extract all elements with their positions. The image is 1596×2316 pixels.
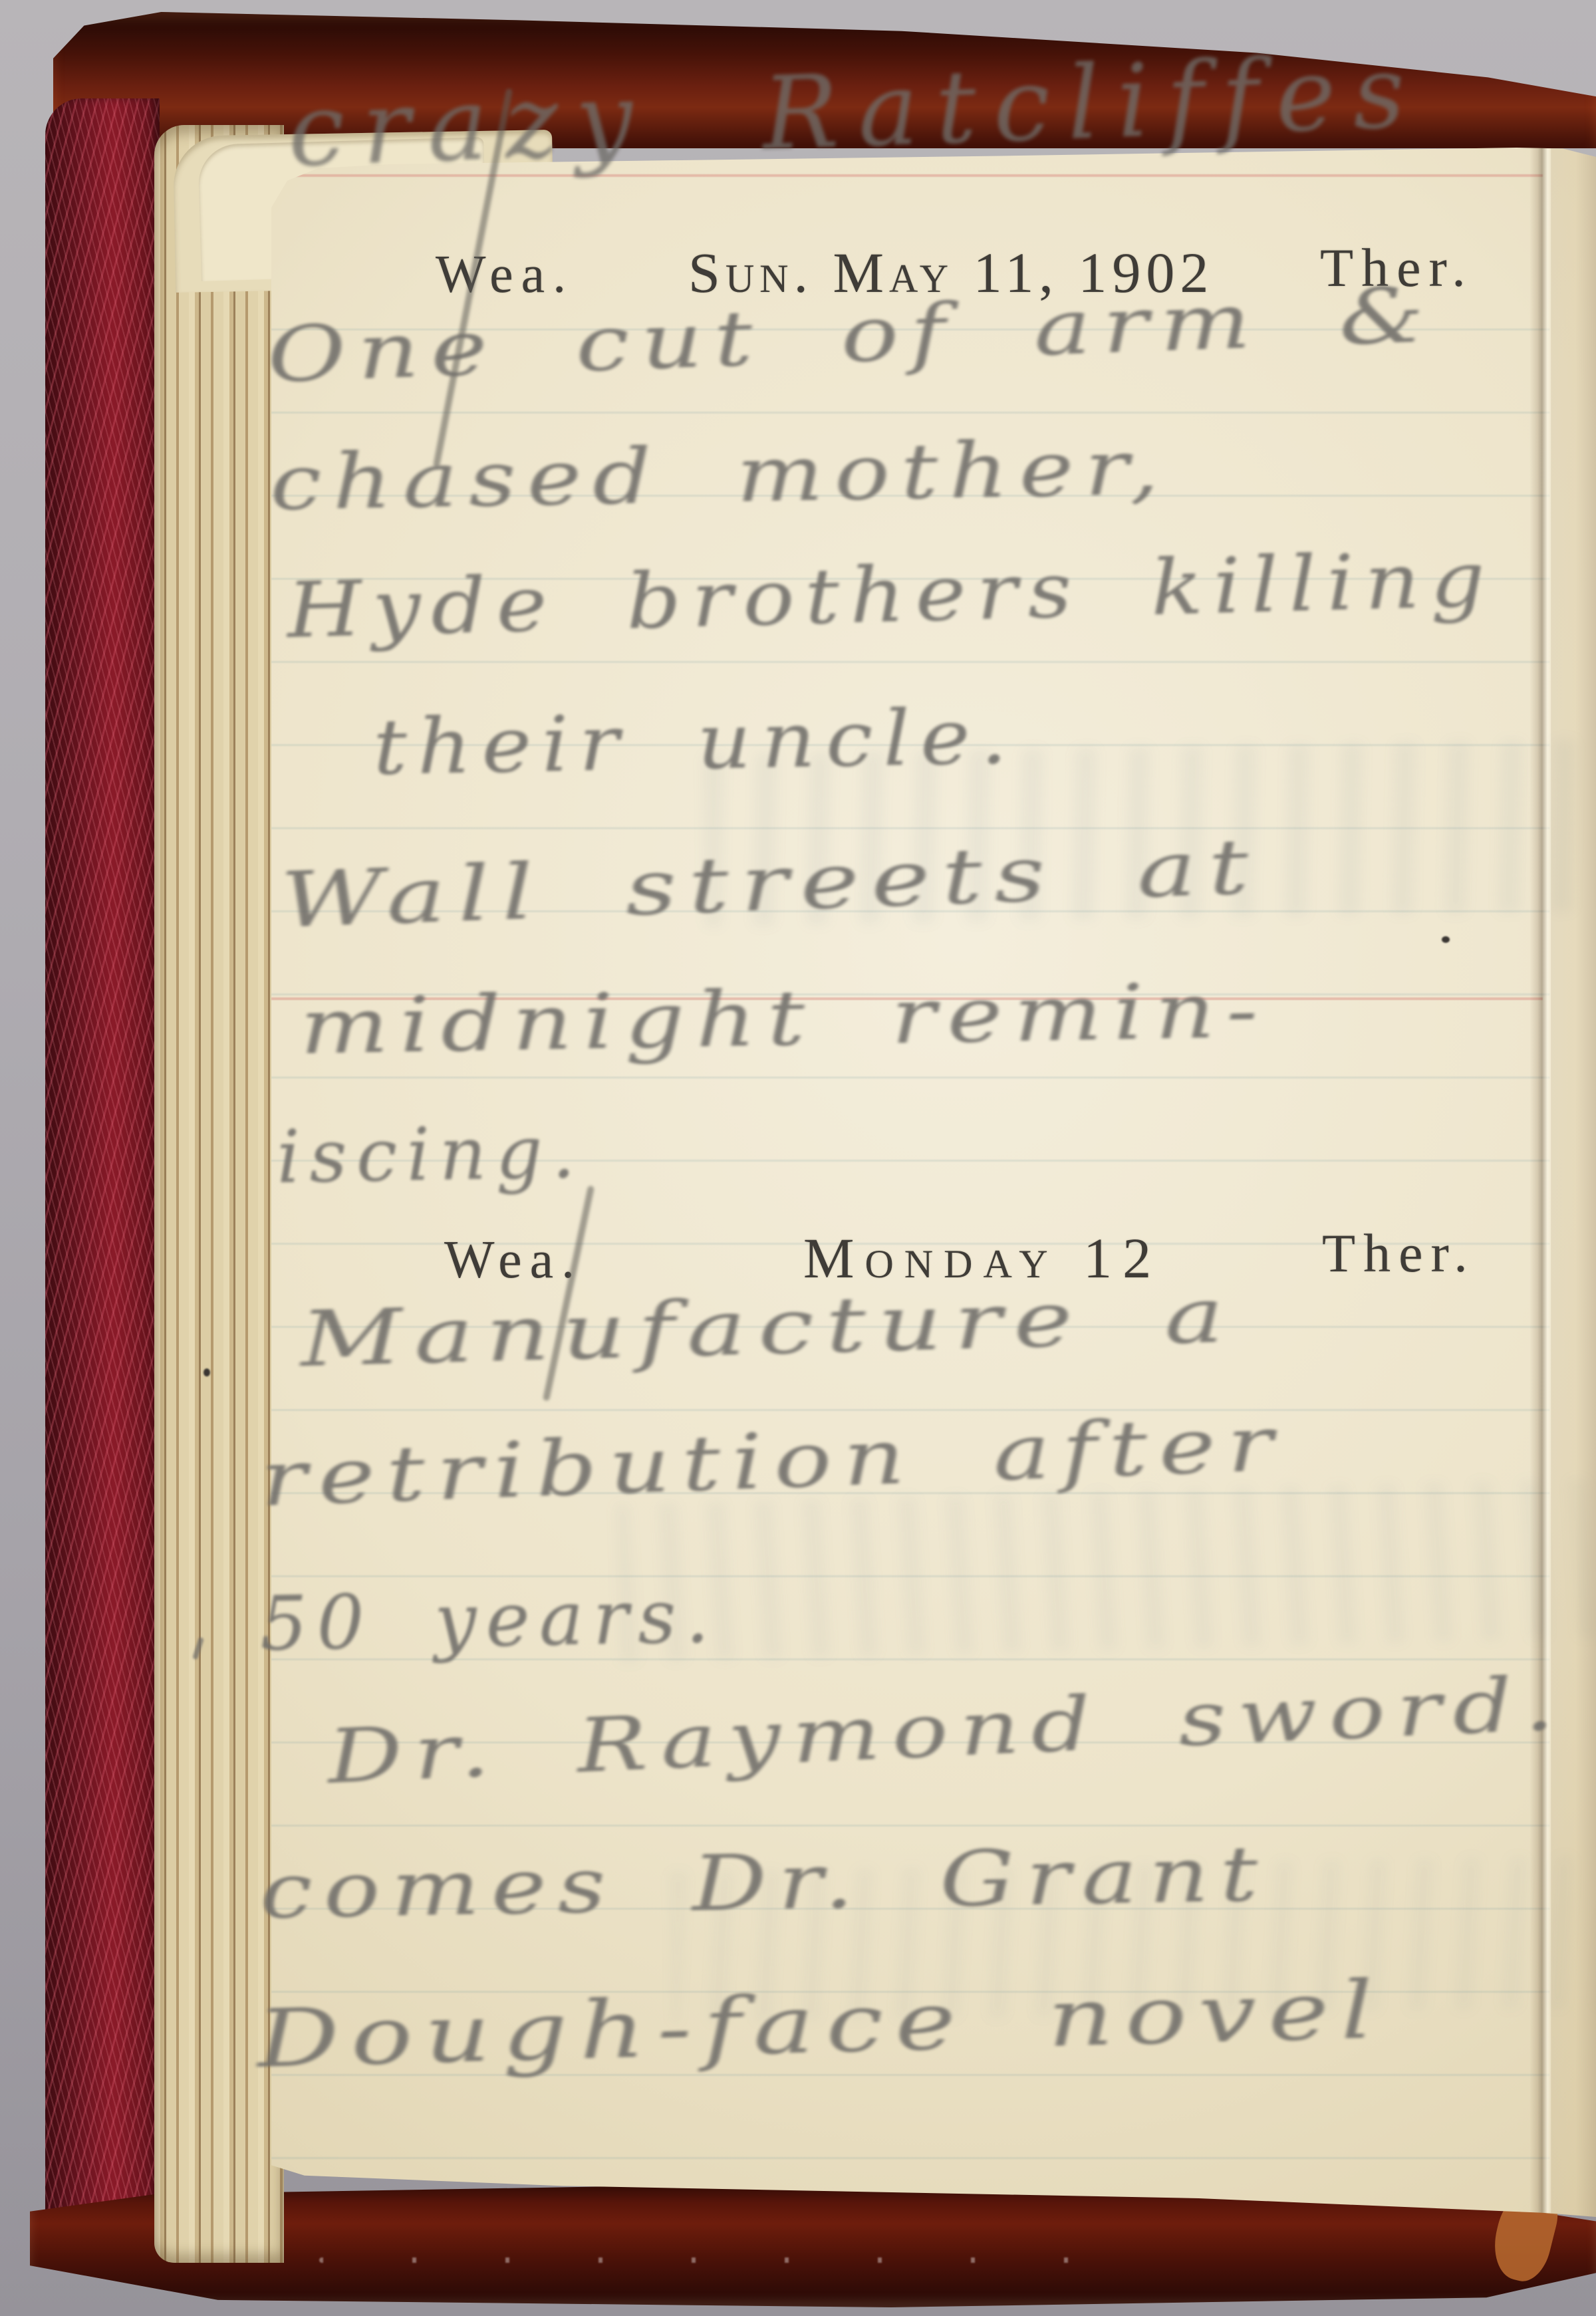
weather-column-label: Wea. xyxy=(444,1230,583,1291)
page-gutter-shadow xyxy=(1551,148,1596,2217)
handwritten-line: their uncle. xyxy=(372,692,1018,793)
handwritten-line: comes Dr. Grant xyxy=(259,1830,1269,1936)
thermometer-column-label: Ther. xyxy=(1322,1222,1476,1285)
page-fore-edge-stack xyxy=(154,125,284,2263)
ink-speck xyxy=(1442,936,1450,943)
handwritten-line: midnight remin- xyxy=(299,966,1269,1072)
handwritten-line: chased mother, xyxy=(269,423,1170,528)
page-gutter-crease xyxy=(1529,148,1552,2217)
book-spine-left-edge xyxy=(45,98,160,2263)
handwritten-line: iscing. xyxy=(276,1109,585,1200)
photographed-diary-page: Wea. Sun. May 11, 1902 Ther. Wea. Monday… xyxy=(0,0,1596,2316)
ink-speck xyxy=(203,1368,210,1376)
handwritten-line: 50 years. xyxy=(259,1573,719,1668)
leather-gloss-highlight xyxy=(319,2257,1117,2263)
weather-column-label: Wea. xyxy=(436,245,574,305)
